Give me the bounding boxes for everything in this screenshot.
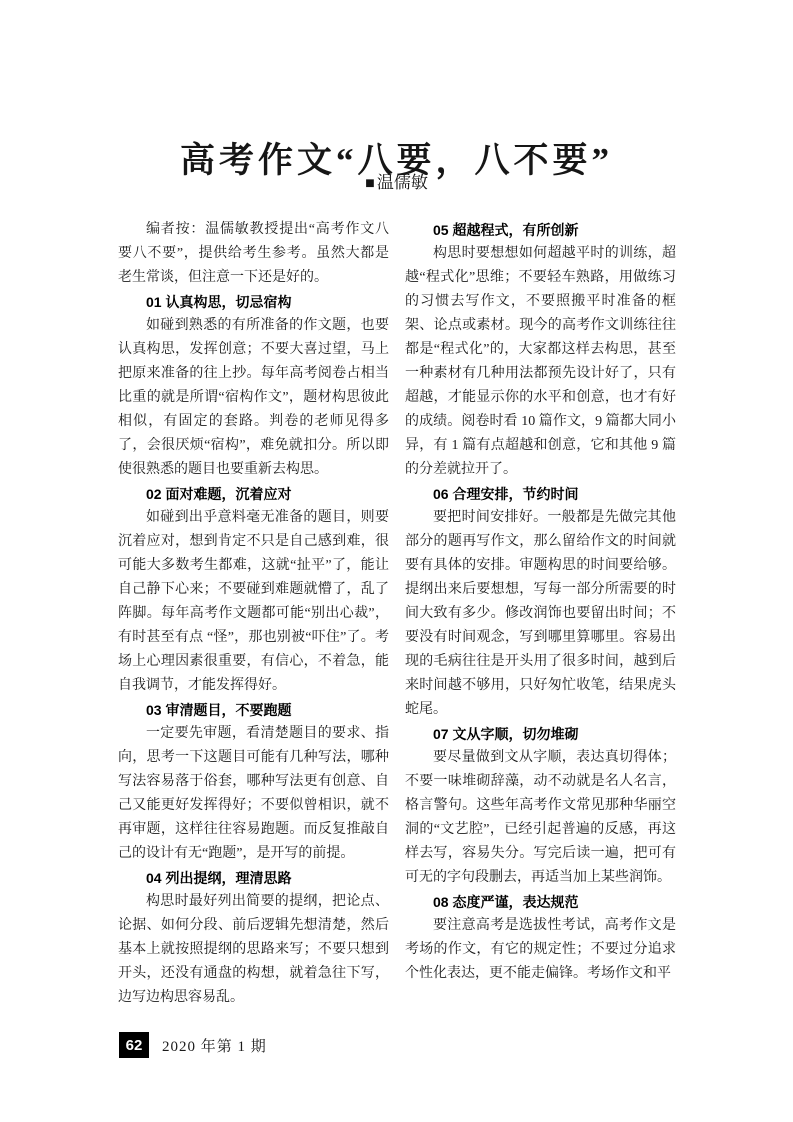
paragraph: 要尽量做到文从字顺，表达真切得体；不要一味堆砌辞藻，动不动就是名人名言，格言警句… <box>405 746 676 890</box>
square-marker-icon: ■ <box>365 175 375 193</box>
section-heading: 06 合理安排，节约时间 <box>405 482 676 506</box>
author-byline: ■温儒敏 <box>0 168 793 193</box>
paragraph: 如碰到熟悉的有所准备的作文题，也要认真构思，发挥创意；不要大喜过望，马上把原来准… <box>118 314 389 482</box>
article-body: 编者按：温儒敏教授提出“高考作文八要八不要”，提供给考生参考。虽然大都是老生常谈… <box>118 218 676 1010</box>
section-heading: 03 审清题目，不要跑题 <box>118 698 389 722</box>
article-column-left: 编者按：温儒敏教授提出“高考作文八要八不要”，提供给考生参考。虽然大都是老生常谈… <box>118 218 389 1010</box>
issue-label: 2020 年第 1 期 <box>162 1035 267 1056</box>
paragraph: 构思时要想想如何超越平时的训练，超越“程式化”思维；不要轻车熟路，用做练习的习惯… <box>405 242 676 482</box>
paragraph: 如碰到出乎意料毫无准备的题目，则要沉着应对，想到肯定不只是自己感到难，很可能大多… <box>118 506 389 698</box>
magazine-page: { "page": { "title": "高考作文“八要，八不要”", "au… <box>0 0 793 1122</box>
section-heading: 07 文从字顺，切勿堆砌 <box>405 722 676 746</box>
page-number-badge: 62 <box>119 1032 149 1058</box>
paragraph: 编者按：温儒敏教授提出“高考作文八要八不要”，提供给考生参考。虽然大都是老生常谈… <box>118 218 389 290</box>
page-footer: 62 2020 年第 1 期 <box>119 1032 267 1058</box>
section-heading: 01 认真构思，切忌宿构 <box>118 290 389 314</box>
section-heading: 02 面对难题，沉着应对 <box>118 482 389 506</box>
section-heading: 08 态度严谨，表达规范 <box>405 890 676 914</box>
paragraph: 构思时最好列出简要的提纲，把论点、论据、如何分段、前后逻辑先想清楚，然后基本上就… <box>118 890 389 1010</box>
section-heading: 04 列出提纲，理清思路 <box>118 866 389 890</box>
section-heading: 05 超越程式，有所创新 <box>405 218 676 242</box>
paragraph: 要把时间安排好。一般都是先做完其他部分的题再写作文，那么留给作文的时间就要有具体… <box>405 506 676 722</box>
author-name: 温儒敏 <box>377 173 428 192</box>
paragraph: 要注意高考是选拔性考试，高考作文是考场的作文，有它的规定性；不要过分追求个性化表… <box>405 914 676 986</box>
article-column-right: 05 超越程式，有所创新构思时要想想如何超越平时的训练，超越“程式化”思维；不要… <box>405 218 676 1010</box>
paragraph: 一定要先审题，看清楚题目的要求、指向，思考一下这题目可能有几种写法，哪种写法容易… <box>118 722 389 866</box>
